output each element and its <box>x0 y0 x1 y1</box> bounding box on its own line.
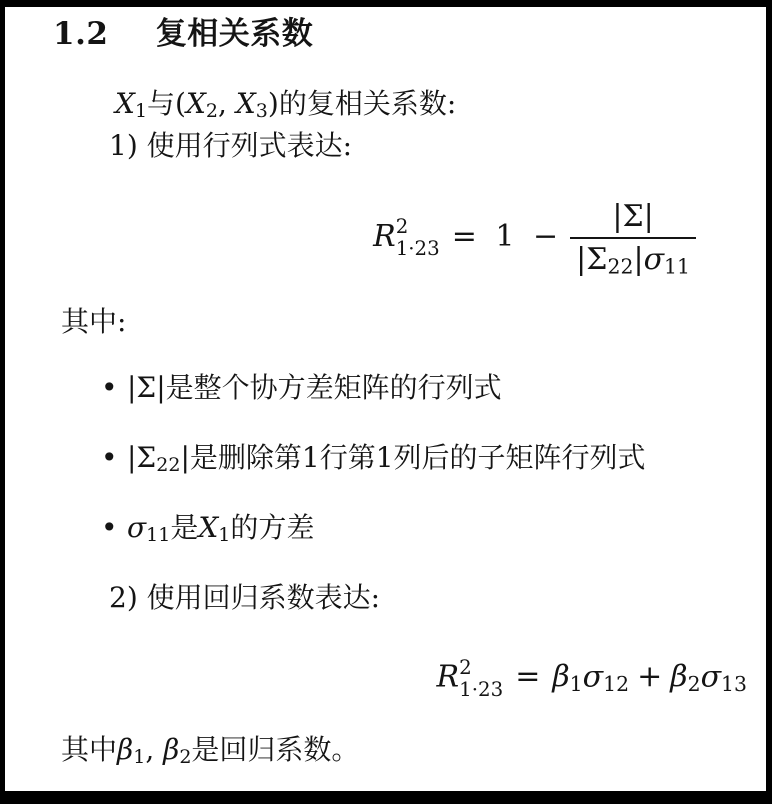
math-subscript: 2 <box>206 100 218 122</box>
math-scripts: 21·23 <box>396 216 440 260</box>
document-page: 1.2 复相关系数 X1与(X2, X3)的复相关系数: 1) 使用行列式表达:… <box>5 7 766 791</box>
math-scripts: 21·23 <box>459 657 503 701</box>
section-number: 1.2 <box>53 16 108 52</box>
math-operator: + <box>637 659 662 694</box>
screenshot-root: { "doc": { "heading": { "number": "1.2",… <box>0 0 772 804</box>
math-run: |Σ <box>127 441 156 474</box>
math-var: β <box>670 659 687 694</box>
math-var: β <box>117 733 133 766</box>
math-var: σ <box>127 511 146 544</box>
text-run: , <box>218 87 236 120</box>
math-var: R <box>373 219 396 254</box>
section-heading: 1.2 复相关系数 <box>53 17 766 53</box>
math-subscript: 1 <box>135 100 147 122</box>
math-var: β <box>552 659 569 694</box>
math-subscript: 1 <box>570 672 583 696</box>
math-superscript: 2 <box>459 657 503 679</box>
text-run: |Σ <box>576 242 607 277</box>
math-subscript: 2 <box>688 672 701 696</box>
bullet-list: |Σ|是整个协方差矩阵的行列式 |Σ22|是删除第1行第1列后的子矩阵行列式 σ… <box>101 369 766 547</box>
text-run: )的复相关系数: <box>268 87 456 120</box>
formula-regression: R21·23=β1σ12+β2σ13 <box>5 657 766 701</box>
math-subscript: 22 <box>156 454 180 476</box>
math-subscript: 3 <box>256 100 268 122</box>
math-run: |Σ| <box>127 371 166 404</box>
where-label: 其中: <box>61 303 766 341</box>
text-run: 是回归系数。 <box>191 733 359 766</box>
fraction-numerator: |Σ| <box>570 199 696 237</box>
math-subscript: 2 <box>179 746 191 768</box>
math-var: σ <box>701 659 721 694</box>
fraction-denominator: |Σ22|σ11 <box>570 237 696 277</box>
text-run: 是删除第1行第1列后的子矩阵行列式 <box>190 441 646 474</box>
step1-label: 1) 使用行列式表达: <box>109 127 766 165</box>
bullet-item-submatrix-det: |Σ22|是删除第1行第1列后的子矩阵行列式 <box>101 439 766 477</box>
math-var: X <box>236 87 256 120</box>
section-title: 复相关系数 <box>156 16 314 52</box>
math-subscript: 1 <box>218 524 230 546</box>
text-run: 其中 <box>61 733 117 766</box>
intro-paragraph: X1与(X2, X3)的复相关系数: <box>115 85 766 123</box>
math-var: R <box>437 659 460 694</box>
math-subscript: 12 <box>603 672 629 696</box>
math-run: | <box>180 441 189 474</box>
math-subscript: 13 <box>721 672 747 696</box>
formula-determinant: R21·23= 1 −|Σ||Σ22|σ11 <box>5 199 766 277</box>
math-subscript: 1 <box>133 746 145 768</box>
math-var: σ <box>644 242 664 277</box>
bullet-item-sigma-det: |Σ|是整个协方差矩阵的行列式 <box>101 369 766 407</box>
text-run: 是整个协方差矩阵的行列式 <box>166 371 502 404</box>
math-subscript: 22 <box>608 254 634 278</box>
bullet-item-variance: σ11是X1的方差 <box>101 509 766 547</box>
step2-label: 2) 使用回归系数表达: <box>109 579 766 617</box>
math-superscript: 2 <box>396 216 440 238</box>
math-var: σ <box>583 659 603 694</box>
text-run: 与( <box>147 87 186 120</box>
math-var: X <box>115 87 135 120</box>
math-var: X <box>198 511 218 544</box>
math-var: β <box>163 733 179 766</box>
math-subscript: 11 <box>664 254 690 278</box>
text-run: 的方差 <box>230 511 314 544</box>
math-operator: = 1 − <box>452 219 558 254</box>
text-run: 是 <box>170 511 198 544</box>
math-var: X <box>186 87 206 120</box>
math-subscript: 11 <box>146 524 170 546</box>
math-subscript: 1·23 <box>459 679 503 701</box>
math-subscript: 1·23 <box>396 238 440 260</box>
math-operator: = <box>515 659 540 694</box>
math-fraction: |Σ||Σ22|σ11 <box>570 199 696 277</box>
text-run: , <box>145 733 163 766</box>
text-run: | <box>633 242 643 277</box>
outro-paragraph: 其中β1, β2是回归系数。 <box>61 731 766 769</box>
